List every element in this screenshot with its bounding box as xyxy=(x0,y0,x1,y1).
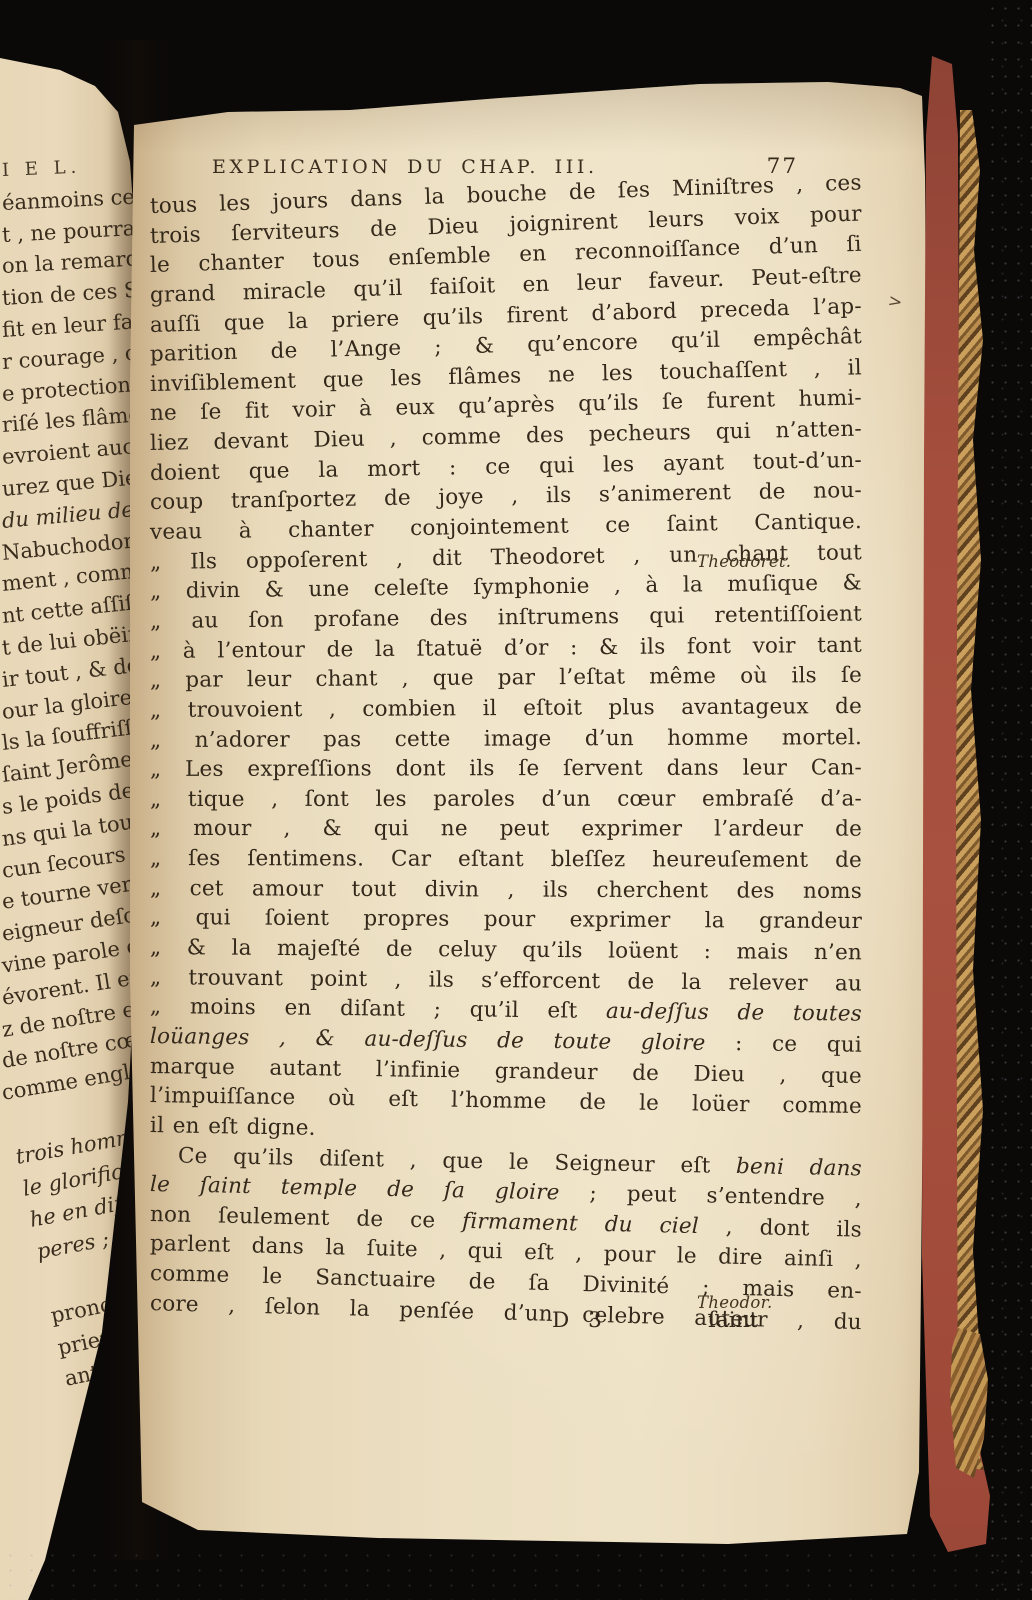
running-title: EXPLICATION DU CHAP. III. xyxy=(212,156,598,178)
body-text-segment: „ n’adorer pas cette image d’un homme mo… xyxy=(150,725,862,753)
dust-texture-bottom xyxy=(0,1548,1032,1600)
body-text-segment: „ par leur chant , que par l’eſtat même … xyxy=(150,663,862,693)
body-text-segment: „ à l’entour de la ſtatuë d’or : & ils f… xyxy=(150,632,862,663)
body-text-segment: „ tique , ſont les paroles d’un cœur emb… xyxy=(150,786,862,811)
text-line: „ & la majeſté de celuy qu’ils loüent : … xyxy=(150,933,862,968)
body-text-segment: ; peut s’entendre , xyxy=(559,1181,862,1212)
text-line: „ cet amour tout divin , ils cherchent d… xyxy=(150,874,862,907)
margin-note: Theodoret. xyxy=(697,551,827,573)
text-line: „ tique , ſont les paroles d’un cœur emb… xyxy=(150,784,862,814)
margin-note: Theodor. xyxy=(697,1292,827,1314)
fore-edge-gilt xyxy=(956,110,986,1470)
body-text-segment: „ ſes ſentimens. Car eſtant bleſſez heur… xyxy=(150,846,862,873)
left-page: I E L.éanmoins cette eſpt , ne pourra le… xyxy=(0,40,150,1600)
body-text-segment: „ au ſon profane des inſtrumens qui rete… xyxy=(150,602,862,634)
photo-background: I E L.éanmoins cette eſpt , ne pourra le… xyxy=(0,0,1032,1600)
italic-text: beni dans xyxy=(736,1154,862,1181)
text-line: „ mour , & qui ne peut exprimer l’ardeur… xyxy=(150,814,862,844)
italic-text: firmament du ciel xyxy=(462,1209,699,1239)
body-text-segment: „ trouvant point , ils s’efforcent de la… xyxy=(150,965,862,996)
body-text: tous les jours dans la bouche de ſes Min… xyxy=(150,192,862,1318)
body-text-segment: , dont ils xyxy=(699,1214,862,1243)
body-text-segment: „ moins en diſant ; qu’il eſt xyxy=(150,994,606,1024)
text-line: „ par leur chant , que par l’eſtat même … xyxy=(150,661,862,696)
book-page: EXPLICATION DU CHAP. III. 77 tous les jo… xyxy=(128,80,928,1552)
body-text-segment: „ Les expreſſions dont ils ſe ſervent da… xyxy=(150,756,862,783)
text-line: „ trouvoient , combien il eſtoit plus av… xyxy=(150,692,862,726)
fore-edge-gilt-bottom xyxy=(950,1328,990,1486)
body-text-segment: „ & la majeſté de celuy qu’ils loüent : … xyxy=(150,935,862,965)
left-page-text-fragment: I E L. xyxy=(1,155,81,184)
dust-texture-right xyxy=(986,0,1032,1600)
body-text-segment: non ſeulement de ce xyxy=(150,1202,463,1234)
body-text-segment: „ mour , & qui ne peut exprimer l’ardeur… xyxy=(150,816,862,842)
body-text-segment: „ trouvoient , combien il eſtoit plus av… xyxy=(150,694,862,723)
signature-mark: D 3 xyxy=(552,1308,608,1333)
body-text-segment: „ cet amour tout divin , ils cherchent d… xyxy=(150,876,862,904)
body-text-segment: il en eſt digne. xyxy=(150,1113,316,1141)
italic-text: loüanges , & au-deſſus de toute gloire xyxy=(150,1024,706,1056)
body-text-segment: „ divin & une celeſte ſymphonie , à la m… xyxy=(150,571,862,605)
chevron-mark: > xyxy=(886,291,904,313)
body-text-segment: : ce qui xyxy=(705,1031,862,1058)
italic-text: au-deſſus de toutes xyxy=(606,999,862,1027)
body-text-segment: „ qui ſoient propres pour exprimer la gr… xyxy=(150,905,862,934)
text-line: „ n’adorer pas cette image d’un homme mo… xyxy=(150,723,862,755)
text-line: „ qui ſoient propres pour exprimer la gr… xyxy=(150,903,862,937)
text-line: „ Les expreſſions dont ils ſe ſervent da… xyxy=(150,754,862,785)
text-line: „ ſes ſentimens. Car eſtant bleſſez heur… xyxy=(150,844,862,876)
